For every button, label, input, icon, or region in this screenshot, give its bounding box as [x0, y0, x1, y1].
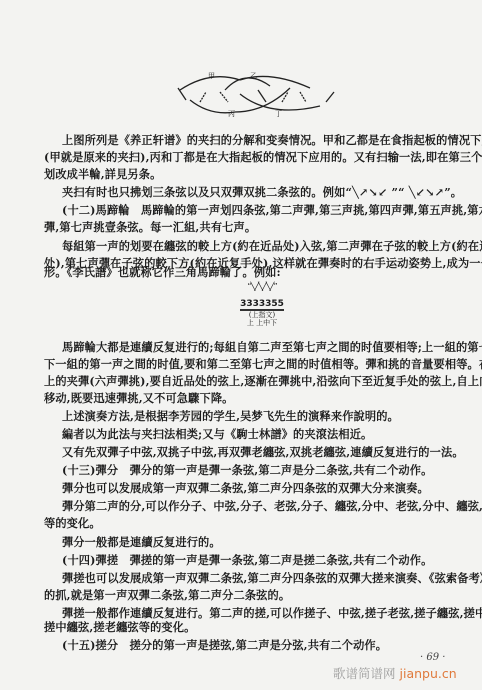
paragraph-line: 上图所列是《养正轩谱》的夹扫的分解和变奏情况。甲和乙都是在食指起板的情况下应用的: [62, 133, 482, 147]
paragraph-line: 上的夹彈(六声彈挑),要自近品处的弦上,逐漸在彈挑中,沿弦向下至近复手处的弦上,…: [44, 374, 482, 388]
paragraph-line: 又有先双彈子中弦,双挑子中弦,再双彈老纏弦,双挑老纏弦,連續反复进行的一法。: [62, 445, 464, 459]
stroke-marks: “╲╱╲╱╲╱”: [232, 283, 292, 291]
paragraph-line: 划改成半輪,詳見另条。: [44, 167, 161, 181]
label-ding: 丁: [275, 110, 282, 118]
paragraph-line: 下一組的第一声之間的时值,要和第二至第七声之間的时值相等。彈和挑的音量要相等。在…: [44, 357, 482, 371]
paragraph-line: 彈分一般都是連續反复进行的。: [62, 535, 221, 549]
jiasao-variation-diagram: 甲 乙 丙 丁: [170, 68, 340, 118]
paragraph-line: 彈搓也可以发展成第一声双彈二条弦,第二声分四条弦的双彈大搓来演奏、《弦索备考》所…: [62, 571, 482, 585]
watermark: 歌谱简谱网 jianpu.cn: [333, 664, 457, 682]
paragraph-line: 的抓,就是第一声双彈二条弦,第二声分二条弦的。: [44, 588, 290, 602]
section-heading-tanfen: (十三)彈分 彈分的第一声是彈一条弦,第二声是分二条弦,共有二个动作。: [62, 463, 432, 477]
position-labels: 上 上中下: [232, 319, 292, 327]
paragraph-line: 夹扫有时也只拂划三条弦以及只双彈双挑二条弦的。例如“╲↗↘↙ ”“ ╲↙↘↗”。: [62, 185, 462, 199]
paragraph-line: 彈分第二声的分,可以作分子、中弦,分子、老弦,分子、纏弦,分中、老弦,分中、纏弦…: [62, 499, 482, 513]
label-yi: 乙: [250, 72, 257, 80]
paragraph-line: 形。《李氏譜》也就称它作三角馬蹄輪了。例如:: [44, 265, 281, 279]
watermark-cn: 歌谱简谱网: [333, 666, 396, 681]
section-heading-tancuo: (十四)彈搓 彈搓的第一声是彈一条弦,第二声是搓二条弦,共有二个动作。: [62, 553, 432, 567]
notation-digits: 3333355: [240, 299, 284, 311]
document-page: 甲 乙 丙 丁 上图所列是《养正轩谱》的夹扫的分解和变奏情况。甲和乙都是在食指起…: [0, 0, 482, 690]
paragraph-line: 編者以为此法与夹扫法相类;又与《駒士林譜》的夹滾法相近。: [62, 427, 372, 441]
section-heading-cuofen: (十五)搓分 搓分的第一声是搓弦,第二声是分弦,共有二个动作。: [62, 638, 387, 652]
music-notation-example: “╲╱╲╱╲╱” 3333355 (上指文) 上 上中下: [232, 283, 292, 331]
finger-indicator: (上指文): [232, 311, 292, 319]
paragraph-line: 彈分也可以发展成第一声双彈二条弦,第二声分四条弦的双彈大分来演奏。: [62, 481, 429, 495]
paragraph-line: 彈搓一般都作連續反复进行。第二声的搓,可以作搓子、中弦,搓子老弦,搓子纏弦,搓中…: [62, 606, 482, 620]
paragraph-line: 移动,既要迅速彈挑,又不可急驟下降。: [44, 391, 234, 405]
section-heading-mati-lun: (十二)馬蹄輪 馬蹄輪的第一声划四条弦,第二声彈,第三声挑,第四声彈,第五声挑,…: [62, 203, 482, 217]
paragraph-line: 馬蹄輪大都是連續反复进行的;每組自第二声至第七声之間的时值要相等;上一組的第七声…: [62, 340, 482, 354]
page-number: · 69 ·: [420, 652, 445, 663]
label-bing: 丙: [228, 110, 235, 118]
paragraph-line: 搓中纏弦,搓老纏弦等的变化。: [44, 620, 195, 634]
label-jia: 甲: [208, 72, 215, 80]
paragraph-line: 每組第一声的划要在纏弦的較上方(約在近品处)入弦,第二声彈在子弦的較上方(約在近…: [62, 239, 482, 253]
paragraph-line: 等的变化。: [44, 516, 101, 530]
paragraph-line: 彈,第七声挑壹条弦。每一汇組,共有七声。: [44, 220, 256, 234]
watermark-latin: jianpu.cn: [400, 666, 457, 681]
paragraph-line: 上述演奏方法,是根据李芳园的学生,吴梦飞先生的演释来作說明的。: [62, 409, 399, 423]
paragraph-line: (甲就是原来的夹扫),丙和丁都是在大指起板的情况下应用的。又有扫输一法,即在第三…: [44, 150, 482, 164]
